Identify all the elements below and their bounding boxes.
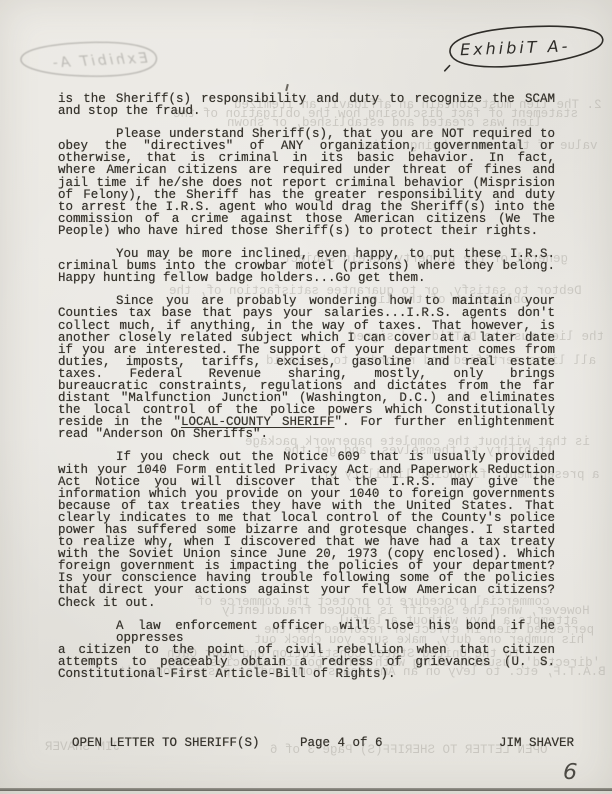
scan-edge-line xyxy=(0,788,612,791)
paragraph: Since you are probably wondering how to … xyxy=(58,295,555,440)
text-line: A law enforcement officer will lose his … xyxy=(58,620,555,644)
text-line: of Felony), the Sheriff has the greater … xyxy=(58,189,555,201)
text-line: Happy hunting fellow badge holders...Go … xyxy=(58,272,555,284)
footer-page-indicator: Page 4 of 6 xyxy=(300,736,383,750)
text-line: Act Notice you will discover that the I.… xyxy=(58,476,555,488)
text-line: Constitutional-First Article-Bill of Rig… xyxy=(58,668,555,680)
text-line: If you check out the Notice 609 that is … xyxy=(58,451,555,463)
exhibit-label-ghost: ExhibiT A- xyxy=(50,50,148,71)
handwritten-page-number: 6 xyxy=(562,760,578,786)
text-line: People) who have hired those Sheriff(s) … xyxy=(58,225,555,237)
text-line: information which you provide on your 10… xyxy=(58,488,555,500)
exhibit-stamp-bleedthrough: ExhibiT A- xyxy=(15,34,167,88)
footer-author-name: JIM SHAVER xyxy=(499,736,574,750)
text-line: where American citizens are required und… xyxy=(58,164,555,176)
exhibit-stamp: ExhibiT A- xyxy=(437,19,611,77)
exhibit-label: ExhibiT A- xyxy=(460,36,571,59)
scanned-page: 2. The lien must contain an affidavit an… xyxy=(0,0,612,794)
text-line: and stop the fraud. xyxy=(58,105,555,117)
text-line: Counties tax base that pays your salarie… xyxy=(58,307,555,319)
text-line: collect much, if anything, in the way of… xyxy=(58,320,555,332)
paragraph: A law enforcement officer will lose his … xyxy=(58,620,555,680)
paragraph: If you check out the Notice 609 that is … xyxy=(58,451,555,608)
text-line: if you are interested. The support of yo… xyxy=(58,344,555,356)
exhibit-oval-icon: ExhibiT A- xyxy=(437,19,611,77)
text-line: another closely related subject which I … xyxy=(58,332,555,344)
text-line: Check it out. xyxy=(58,597,555,609)
letter-body: is the Sheriff(s) responsibility and dut… xyxy=(58,93,555,691)
text-line: that direct your actions against your fe… xyxy=(58,584,555,596)
text-line: with your 1040 Form entitled Privacy Act… xyxy=(58,464,555,476)
paragraph: is the Sheriff(s) responsibility and dut… xyxy=(58,93,555,117)
text-line: read "Anderson On Sheriffs". xyxy=(58,428,555,440)
paragraph: Please understand Sheriff(s), that you a… xyxy=(58,128,555,237)
exhibit-oval-icon: ExhibiT A- xyxy=(15,34,167,88)
paragraph: You may be more inclined, even happy, to… xyxy=(58,248,555,284)
footer-document-title: OPEN LETTER TO SHERIFF(S) xyxy=(72,736,260,750)
text-line: jail time if he/she does not report crim… xyxy=(58,177,555,189)
page-footer: OPEN LETTER TO SHERIFF(S) Page 4 of 6 JI… xyxy=(0,736,612,752)
